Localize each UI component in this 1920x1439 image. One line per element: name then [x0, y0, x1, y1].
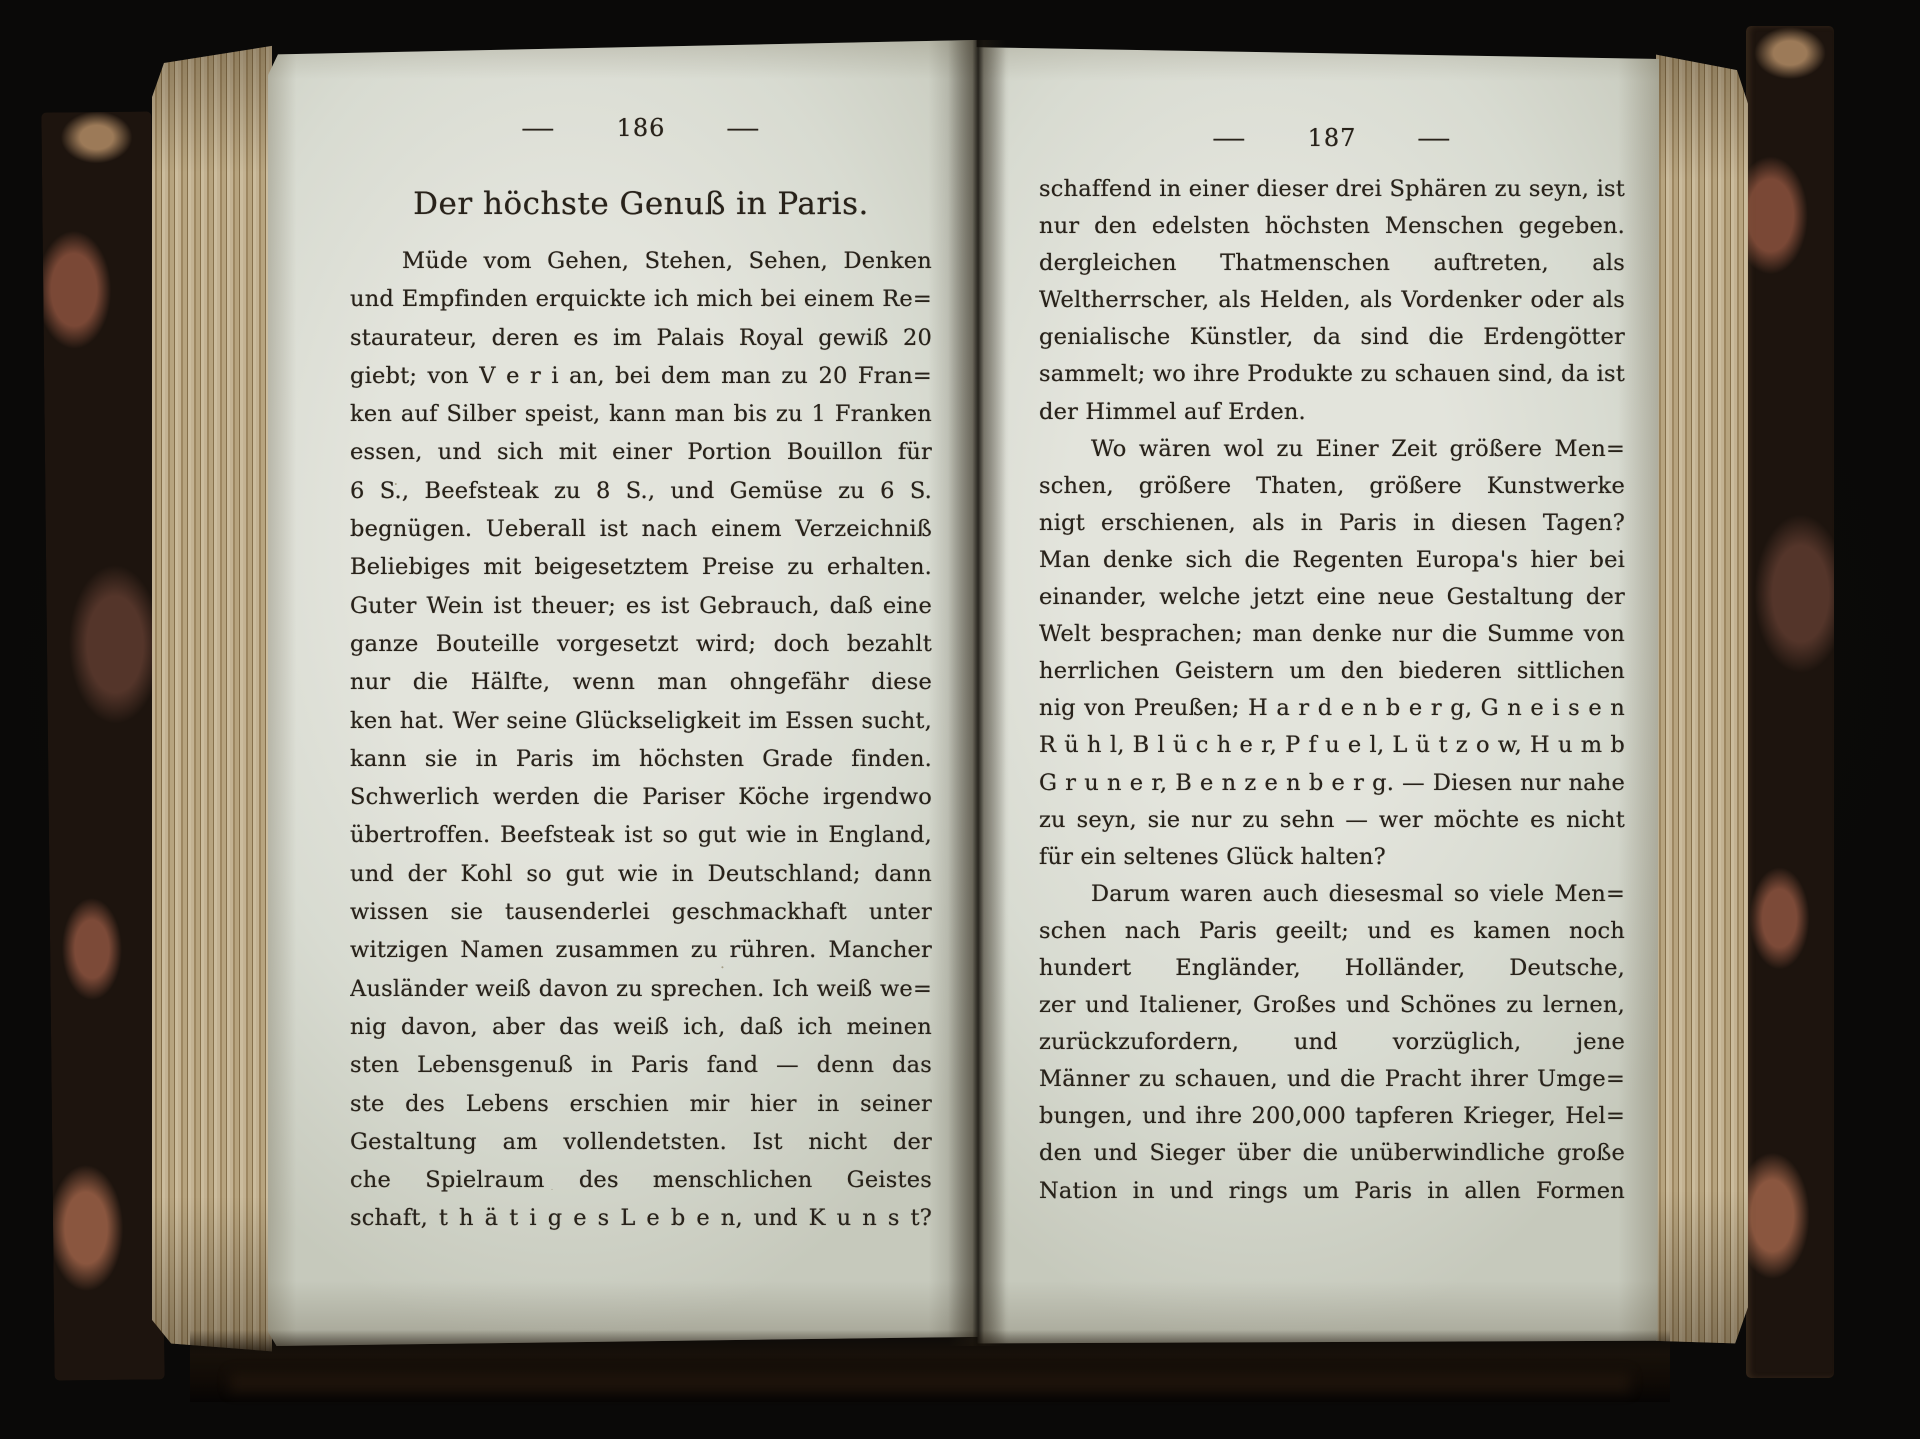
text-line: ste des Lebens erschien mir hier in sein…: [350, 1085, 932, 1123]
text-line: übertroffen. Beefsteak ist so gut wie in…: [350, 816, 932, 854]
text-line: Guter Wein ist theuer; es ist Gebrauch, …: [350, 587, 932, 625]
text-line: Männer zu schauen, und die Pracht ihrer …: [1039, 1061, 1625, 1098]
bottom-cover-edge: [230, 1372, 1630, 1392]
text-line: und der Kohl so gut wie in Deutschland; …: [350, 855, 932, 893]
text-line: Wo wären wol zu Einer Zeit größere Men=: [1039, 431, 1625, 468]
text-line: Müde vom Gehen, Stehen, Sehen, Denken: [350, 242, 932, 280]
text-line: essen, und sich mit einer Portion Bouill…: [350, 433, 932, 471]
text-line: che Spielraum des menschlichen Geistes W…: [350, 1161, 932, 1199]
chapter-title: Der höchste Genuß in Paris.: [350, 182, 932, 226]
header-dash-icon: —: [1417, 124, 1452, 152]
text-line: Man denke sich die Regenten Europa's hie…: [1039, 542, 1625, 579]
right-page: — 187 — schaffend in einer dieser drei S…: [975, 42, 1659, 1346]
text-line: Ausländer weiß davon zu sprechen. Ich we…: [350, 970, 932, 1008]
text-line: herrlichen Geistern um den biederen sitt…: [1039, 653, 1625, 690]
text-line: Welt besprachen; man denke nur die Summe…: [1039, 616, 1625, 653]
left-page-text: Müde vom Gehen, Stehen, Sehen, Denkenund…: [350, 242, 932, 1238]
right-page-text: schaffend in einer dieser drei Sphären z…: [1039, 171, 1625, 1210]
text-line: R ü h l, B l ü c h e r, P f u e l, L ü t…: [1039, 727, 1625, 764]
text-line: genialische Künstler, da sind die Erdeng…: [1039, 319, 1625, 356]
page-number-left: 186: [617, 114, 666, 142]
text-line: schaffend in einer dieser drei Sphären z…: [1039, 171, 1625, 208]
text-line: ken auf Silber speist, kann man bis zu 1…: [350, 395, 932, 433]
text-line: G r u n e r, B e n z e n b e r g. — Dies…: [1039, 765, 1625, 802]
text-line: bungen, und ihre 200,000 tapferen Kriege…: [1039, 1098, 1625, 1135]
text-line: der Himmel auf Erden.: [1039, 394, 1625, 431]
text-line: nig davon, aber das weiß ich, daß ich me…: [350, 1008, 932, 1046]
text-line: zer und Italiener, Großes und Schönes zu…: [1039, 987, 1625, 1024]
text-line: sammelt; wo ihre Produkte zu schauen sin…: [1039, 356, 1625, 393]
left-text-block: — 186 — Der höchste Genuß in Paris. Müde…: [350, 108, 932, 1238]
header-dash-icon: —: [521, 114, 556, 142]
text-line: sten Lebensgenuß in Paris fand — denn da…: [350, 1046, 932, 1084]
text-line: 6 S., Beefsteak zu 8 S., und Gemüse zu 6…: [350, 472, 932, 510]
text-line: einander, welche jetzt eine neue Gestalt…: [1039, 579, 1625, 616]
text-line: Weltherrscher, als Helden, als Vordenker…: [1039, 282, 1625, 319]
text-line: für ein seltenes Glück halten?: [1039, 839, 1625, 876]
text-line: Nation in und rings um Paris in allen Fo…: [1039, 1173, 1625, 1210]
text-line: ken hat. Wer seine Glückseligkeit im Ess…: [350, 702, 932, 740]
text-line: nur den edelsten höchsten Menschen gegeb…: [1039, 208, 1625, 245]
text-line: nur die Hälfte, wenn man ohngefähr diese…: [350, 663, 932, 701]
marbled-cover-left: [41, 111, 164, 1380]
text-line: wissen sie tausenderlei geschmackhaft un…: [350, 893, 932, 931]
fore-edge-left: [152, 42, 272, 1354]
marbled-cover-right: [1746, 26, 1834, 1378]
right-page-header: — 187 —: [1039, 118, 1625, 158]
text-line: ganze Bouteille vorgesetzt wird; doch be…: [350, 625, 932, 663]
text-line: nig von Preußen; H a r d e n b e r g, G …: [1039, 690, 1625, 727]
header-dash-icon: —: [726, 114, 761, 142]
text-line: giebt; von V e r i an, bei dem man zu 20…: [350, 357, 932, 395]
text-line: witzigen Namen zusammen zu rühren. Manch…: [350, 931, 932, 969]
text-line: kann sie in Paris im höchsten Grade find…: [350, 740, 932, 778]
text-line: den und Sieger über die unüberwindliche …: [1039, 1135, 1625, 1172]
page-number-right: 187: [1308, 124, 1357, 152]
left-page: — 186 — Der höchste Genuß in Paris. Müde…: [268, 40, 978, 1346]
text-line: Gestaltung am vollendetsten. Ist nicht d…: [350, 1123, 932, 1161]
text-line: staurateur, deren es im Palais Royal gew…: [350, 319, 932, 357]
text-line: Darum waren auch diesesmal so viele Men=: [1039, 876, 1625, 913]
text-line: schen, größere Thaten, größere Kunstwerk…: [1039, 468, 1625, 505]
header-dash-icon: —: [1212, 124, 1247, 152]
text-line: begnügen. Ueberall ist nach einem Verzei…: [350, 510, 932, 548]
text-line: und Empfinden erquickte ich mich bei ein…: [350, 280, 932, 318]
text-line: hundert Engländer, Holländer, Deutsche, …: [1039, 950, 1625, 987]
text-line: nigt erschienen, als in Paris in diesen …: [1039, 505, 1625, 542]
text-line: zu seyn, sie nur zu sehn — wer möchte es…: [1039, 802, 1625, 839]
fore-edge-right: [1656, 52, 1748, 1346]
left-page-header: — 186 —: [350, 108, 932, 148]
text-line: dergleichen Thatmenschen auftreten, als …: [1039, 245, 1625, 282]
book-photo: { "colors":{ "background":"#0a0908", "pa…: [0, 0, 1920, 1439]
text-line: zurückzufordern, und vorzüglich, jene au…: [1039, 1024, 1625, 1061]
text-line: schaft, t h ä t i g e s L e b e n, und K…: [350, 1199, 932, 1237]
text-line: Beliebiges mit beigesetztem Preise zu er…: [350, 548, 932, 586]
text-line: Schwerlich werden die Pariser Köche irge…: [350, 778, 932, 816]
right-text-block: — 187 — schaffend in einer dieser drei S…: [1039, 118, 1625, 1210]
text-line: schen nach Paris geeilt; und es kamen no…: [1039, 913, 1625, 950]
